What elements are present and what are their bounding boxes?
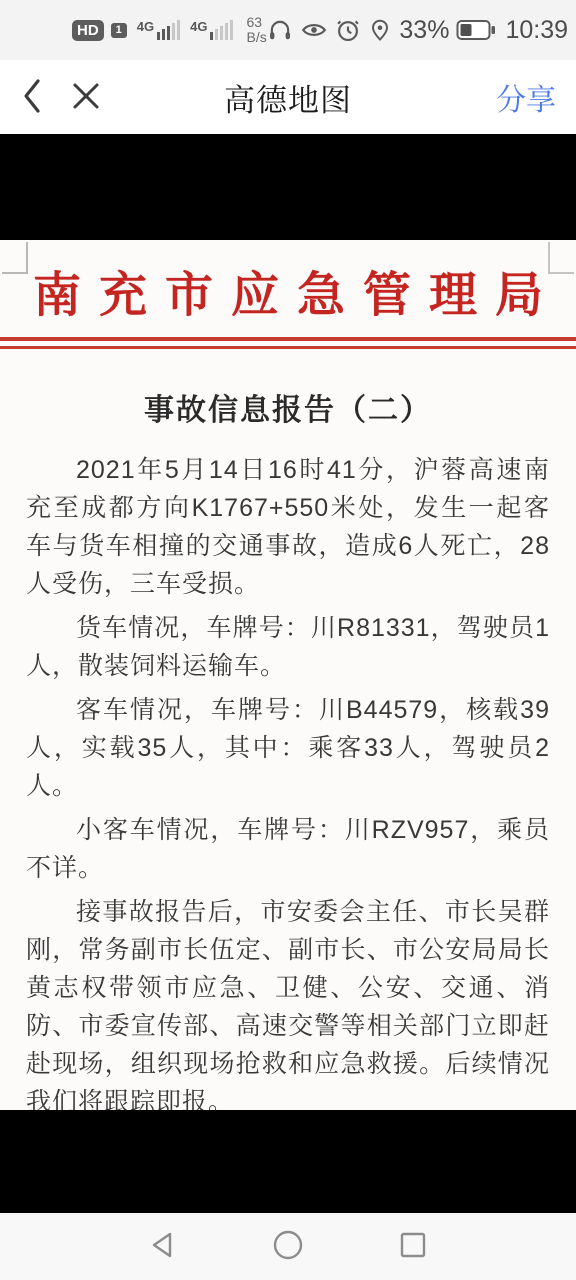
network-speed-unit: B/s [246,30,266,45]
square-recents-icon [398,1230,428,1263]
report-title: 事故信息报告（二） [0,385,576,429]
sim1-badge-icon: 1 [111,23,127,38]
document-image[interactable]: 南充市应急管理局 事故信息报告（二） 2021年5月14日16时41分，沪蓉高速… [0,240,576,1110]
report-paragraph: 2021年5月14日16时41分，沪蓉高速南充至成都方向K1767+550米处，… [26,451,550,603]
report-paragraph: 小客车情况，车牌号：川RZV957，乘员不详。 [26,811,550,887]
report-body: 2021年5月14日16时41分，沪蓉高速南充至成都方向K1767+550米处，… [26,451,550,1110]
chevron-left-icon [20,76,44,119]
battery-percent-label: 33% [399,16,449,45]
headset-icon [267,17,293,43]
navigation-bar [0,1213,576,1280]
app-header: 高德地图 分享 [0,60,576,134]
page-title: 高德地图 [224,75,352,120]
eye-icon [300,17,328,43]
alarm-icon [335,17,361,43]
report-paragraph: 客车情况，车牌号：川B44579，核载39人，实载35人，其中：乘客33人，驾驶… [26,691,550,805]
sim1-network-label: 4G [137,20,154,33]
crop-mark-top-right [548,242,574,274]
back-button[interactable] [20,76,44,119]
report-paragraph: 接事故报告后，市安委会主任、市长吴群刚，常务副市长伍定、副市长、市公安局局长黄志… [26,893,550,1110]
close-icon [70,80,102,115]
hd-volte-icon: HD [72,20,104,41]
clock-time: 10:39 [505,16,568,45]
letterbox-top [0,134,576,240]
network-speed: 63 B/s [246,15,266,46]
share-button[interactable]: 分享 [496,75,556,119]
sim2-signal-icon: 4G [190,20,233,40]
status-right-group: 33% 10:39 [267,16,568,45]
location-icon [368,17,392,43]
report-paragraph: 货车情况，车牌号：川R81331，驾驶员1人，散装饲料运输车。 [26,609,550,685]
network-speed-value: 63 [246,15,266,30]
red-double-rule [0,337,576,349]
letterbox-bottom [0,1110,576,1213]
nav-back-button[interactable] [148,1229,178,1264]
nav-recents-button[interactable] [398,1230,428,1263]
triangle-back-icon [148,1229,178,1264]
agency-banner: 南充市应急管理局 [0,256,576,325]
close-button[interactable] [70,80,102,115]
sim1-signal-icon: 4G [137,20,180,40]
phone-screen: HD 1 4G 4G 63 B/s [0,0,576,1280]
status-left-group: HD 1 4G 4G 63 B/s [72,15,267,46]
crop-mark-top-left [2,242,28,274]
status-bar: HD 1 4G 4G 63 B/s [0,0,576,60]
signal-bars-icon [157,20,180,40]
nav-home-button[interactable] [272,1229,304,1264]
battery-icon [456,19,496,41]
circle-home-icon [272,1229,304,1264]
signal-bars-icon [210,20,233,40]
sim2-network-label: 4G [190,20,207,33]
